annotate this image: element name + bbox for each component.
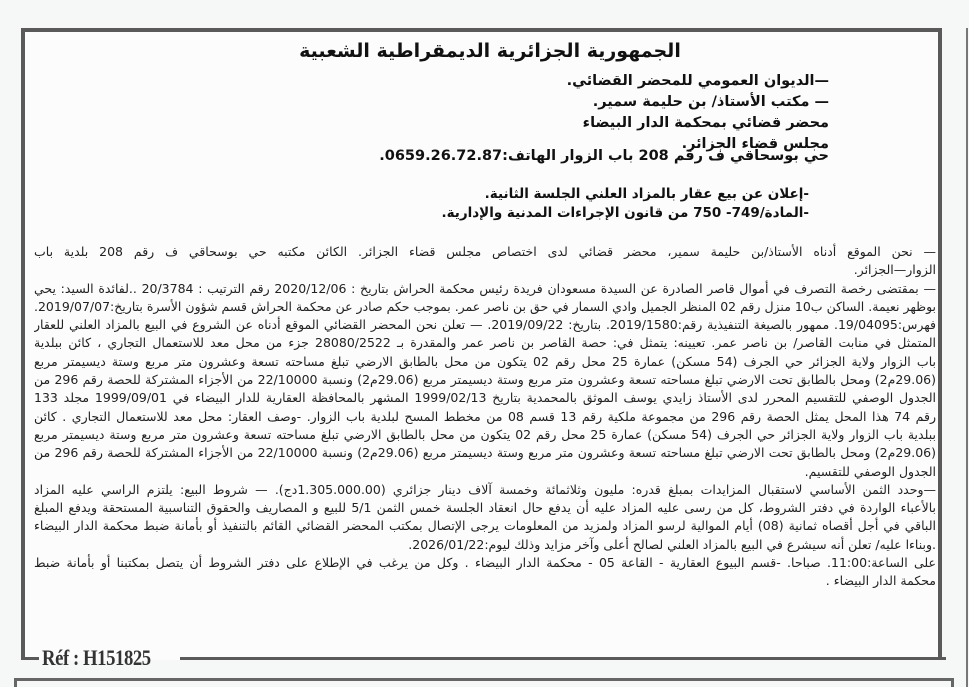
body-line: الزوار—الجزائر. [34, 261, 936, 279]
frame-border [180, 657, 946, 660]
body-line: باب الزوار ولاية الجزائر حي الجرف (54 مس… [34, 353, 936, 371]
body-line: محكمة الدار البيضاء . [34, 572, 936, 590]
body-line: .وبناءا عليه/ تعلن أنه سيشرع في البيع با… [34, 536, 936, 554]
body-line: ببلدية باب الزوار ولاية الجزائر حي الجرف… [34, 426, 936, 444]
header-line: —الديوان العمومي للمحضر القضائي. [567, 73, 829, 89]
body-line: (29.06م2) ومحل بالطابق تحت الارضي تبلغ م… [34, 444, 936, 462]
reference-code: Réf : H151825 [42, 645, 151, 673]
header-line: — مكتب الأستاذ/ بن حليمة سمير. [593, 94, 829, 110]
document-title: الجمهورية الجزائرية الديمقراطية الشعبية [250, 40, 730, 62]
subject-line: -المادة/749- 750 من قانون الإجراءات المد… [441, 205, 809, 221]
body-line: بوظهر نعيمة. الساكن ب10 منزل رقم 02 المن… [34, 298, 936, 316]
body-line: على الساعة:11:00. صباحا. -قسم البيوع الع… [34, 554, 936, 572]
notice-body: — نحن الموقع أدناه الأستاذ/بن حليمة سمير… [34, 243, 936, 591]
body-line: الباقي في أجل أقصاه ثمانية (08) أيام الم… [34, 517, 936, 535]
header-line: محضر قضائي بمحكمة الدار البيضاء [583, 115, 829, 131]
body-line: —وحدد الثمن الأساسي لاستقبال المزايدات ب… [34, 481, 936, 499]
body-line: — نحن الموقع أدناه الأستاذ/بن حليمة سمير… [34, 243, 936, 261]
next-notice-frame [14, 678, 954, 687]
body-line: فهرس:19/04095. ممهور بالصيغة التنفيذية ر… [34, 316, 936, 334]
body-line: — بمقتضى رخصة التصرف في أموال قاصر الصاد… [34, 280, 936, 298]
body-line: بالأعباء الواردة في دفتر الشروط، كل من ر… [34, 499, 936, 517]
body-line: الجدول الوصفي للتقسيم. [34, 463, 936, 481]
adjacent-page-edge [966, 28, 968, 687]
body-line: المتمثل في منابت القاصر/ بن ناصر عمر. تع… [34, 334, 936, 352]
frame-border [21, 657, 39, 660]
header-line: حي بوسحاقي ف رقم 208 باب الزوار الهاتف:0… [379, 148, 829, 164]
body-line: (29.06م2) ومحل بالطابق تحت الارضي تبلغ م… [34, 371, 936, 389]
body-line: رقم 74 هذا المحل يمثل الحصة رقم 296 من م… [34, 408, 936, 426]
subject-line: -إعلان عن بيع عقار بالمزاد العلني الجلسة… [485, 186, 809, 202]
body-line: الجدول الوصفي للتقسيم المحرر لدى الأستاذ… [34, 389, 936, 407]
